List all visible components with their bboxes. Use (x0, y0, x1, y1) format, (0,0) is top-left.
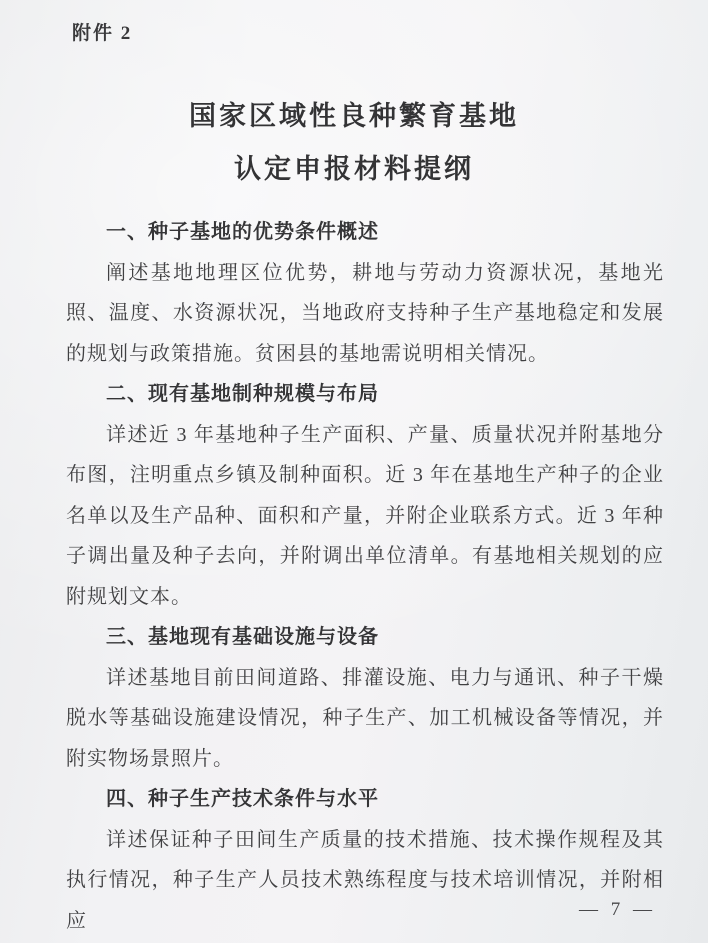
document-title-line1: 国家区域性良种繁育基地 (0, 90, 708, 143)
section-1-heading: 一、种子基地的优势条件概述 (66, 212, 664, 253)
page-number: — 7 — (579, 899, 656, 921)
document-body: 一、种子基地的优势条件概述 阐述基地地理区位优势，耕地与劳动力资源状况，基地光照… (66, 212, 664, 941)
section-2-body: 详述近 3 年基地种子生产面积、产量、质量状况并附基地分布图，注明重点乡镇及制种… (66, 415, 664, 618)
scanned-document-page: 附件 2 国家区域性良种繁育基地 认定申报材料提纲 一、种子基地的优势条件概述 … (0, 0, 708, 943)
section-4-heading: 四、种子生产技术条件与水平 (66, 779, 664, 820)
section-3-heading: 三、基地现有基础设施与设备 (66, 617, 664, 658)
section-1-body: 阐述基地地理区位优势，耕地与劳动力资源状况，基地光照、温度、水资源状况，当地政府… (66, 253, 664, 375)
section-4-body: 详述保证种子田间生产质量的技术措施、技术操作规程及其执行情况，种子生产人员技术熟… (66, 820, 664, 942)
document-title: 国家区域性良种繁育基地 认定申报材料提纲 (0, 90, 708, 196)
section-2-heading: 二、现有基地制种规模与布局 (66, 374, 664, 415)
document-title-line2: 认定申报材料提纲 (0, 143, 708, 196)
section-3-body: 详述基地目前田间道路、排灌设施、电力与通讯、种子干燥脱水等基础设施建设情况，种子… (66, 658, 664, 780)
attachment-label: 附件 2 (72, 18, 132, 45)
